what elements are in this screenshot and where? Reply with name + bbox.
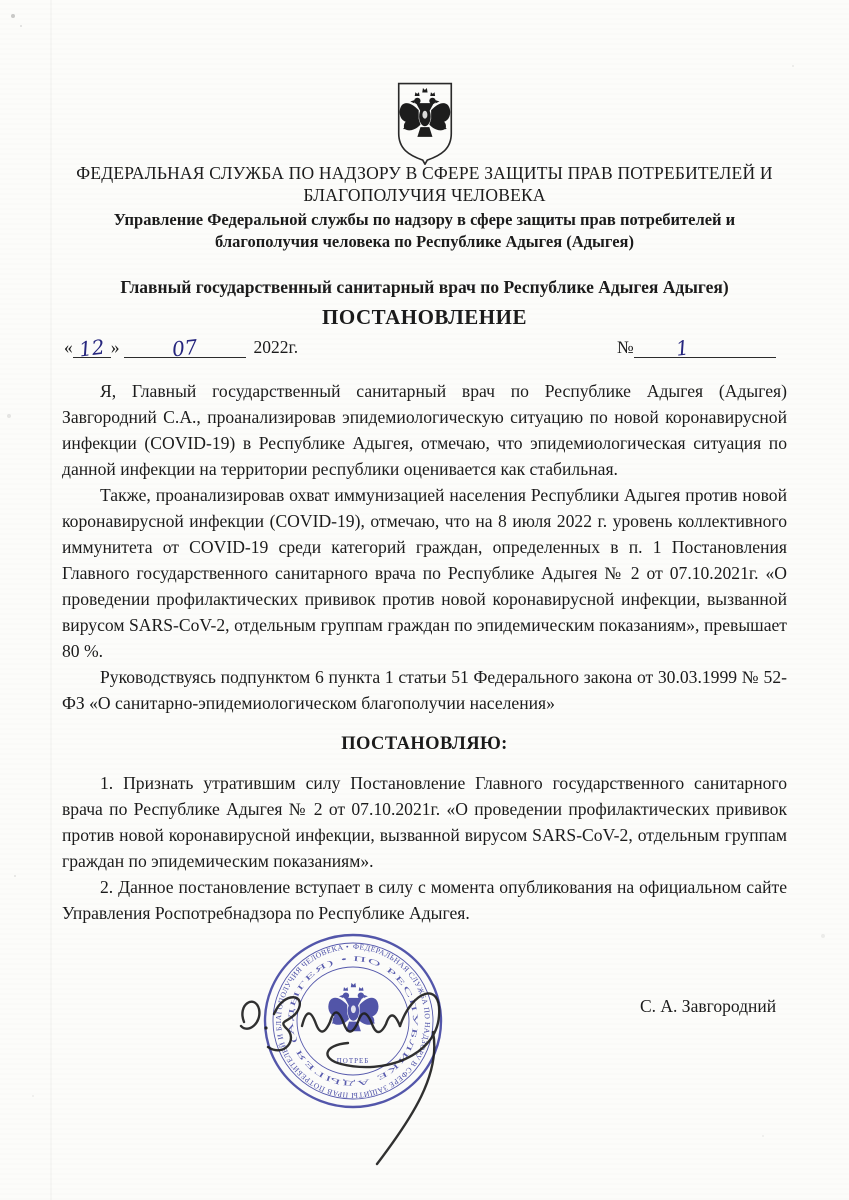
org-name: ФЕДЕРАЛЬНАЯ СЛУЖБА ПО НАДЗОРУ В СФЕРЕ ЗА… <box>72 163 778 206</box>
scan-noise-specks <box>62 395 64 397</box>
day-underline: 12 <box>73 335 111 358</box>
paragraph-1: Я, Главный государственный санитарный вр… <box>62 378 787 482</box>
open-quote: « <box>64 337 73 357</box>
month-underline: 07 <box>124 335 246 358</box>
issuer-title: Главный государственный санитарный врач … <box>62 277 787 298</box>
signature-block: ФЕДЕРАЛЬНАЯ СЛУЖБА ПО НАДЗОРУ В СФЕРЕ ЗА… <box>62 930 787 1200</box>
resolution-item-2: 2. Данное постановление вступает в силу … <box>62 874 787 926</box>
org-subdivision: Управление Федеральной службы по надзору… <box>100 209 750 253</box>
document-body: Я, Главный государственный санитарный вр… <box>62 378 787 926</box>
document-title: ПОСТАНОВЛЕНИЕ <box>62 305 787 330</box>
handwritten-signature-icon <box>222 932 472 1192</box>
number-label: № <box>617 337 634 357</box>
paragraph-2: Также, проанализировав охват иммунизацие… <box>62 482 787 664</box>
handwritten-number: 1 <box>674 335 690 360</box>
signatory-name: С. А. Завгородний <box>640 996 776 1017</box>
close-quote: » <box>111 337 120 357</box>
handwritten-month: 07 <box>170 335 198 362</box>
scanner-streak <box>50 0 52 1200</box>
date-number-row: «12»072022г. №1 <box>62 335 787 365</box>
year-label: 2022г. <box>254 337 299 357</box>
handwritten-day: 12 <box>78 335 106 362</box>
russian-coat-of-arms-icon <box>396 80 454 165</box>
document-page: ФЕДЕРАЛЬНАЯ СЛУЖБА ПО НАДЗОРУ В СФЕРЕ ЗА… <box>0 0 849 1200</box>
date-line: «12»072022г. <box>64 335 298 358</box>
number-line: №1 <box>617 335 776 358</box>
resolution-item-1: 1. Признать утратившим силу Постановлени… <box>62 770 787 874</box>
number-underline: 1 <box>634 335 776 358</box>
resolution-heading: ПОСТАНОВЛЯЮ: <box>62 731 787 757</box>
paragraph-3: Руководствуясь подпунктом 6 пункта 1 ста… <box>62 664 787 716</box>
